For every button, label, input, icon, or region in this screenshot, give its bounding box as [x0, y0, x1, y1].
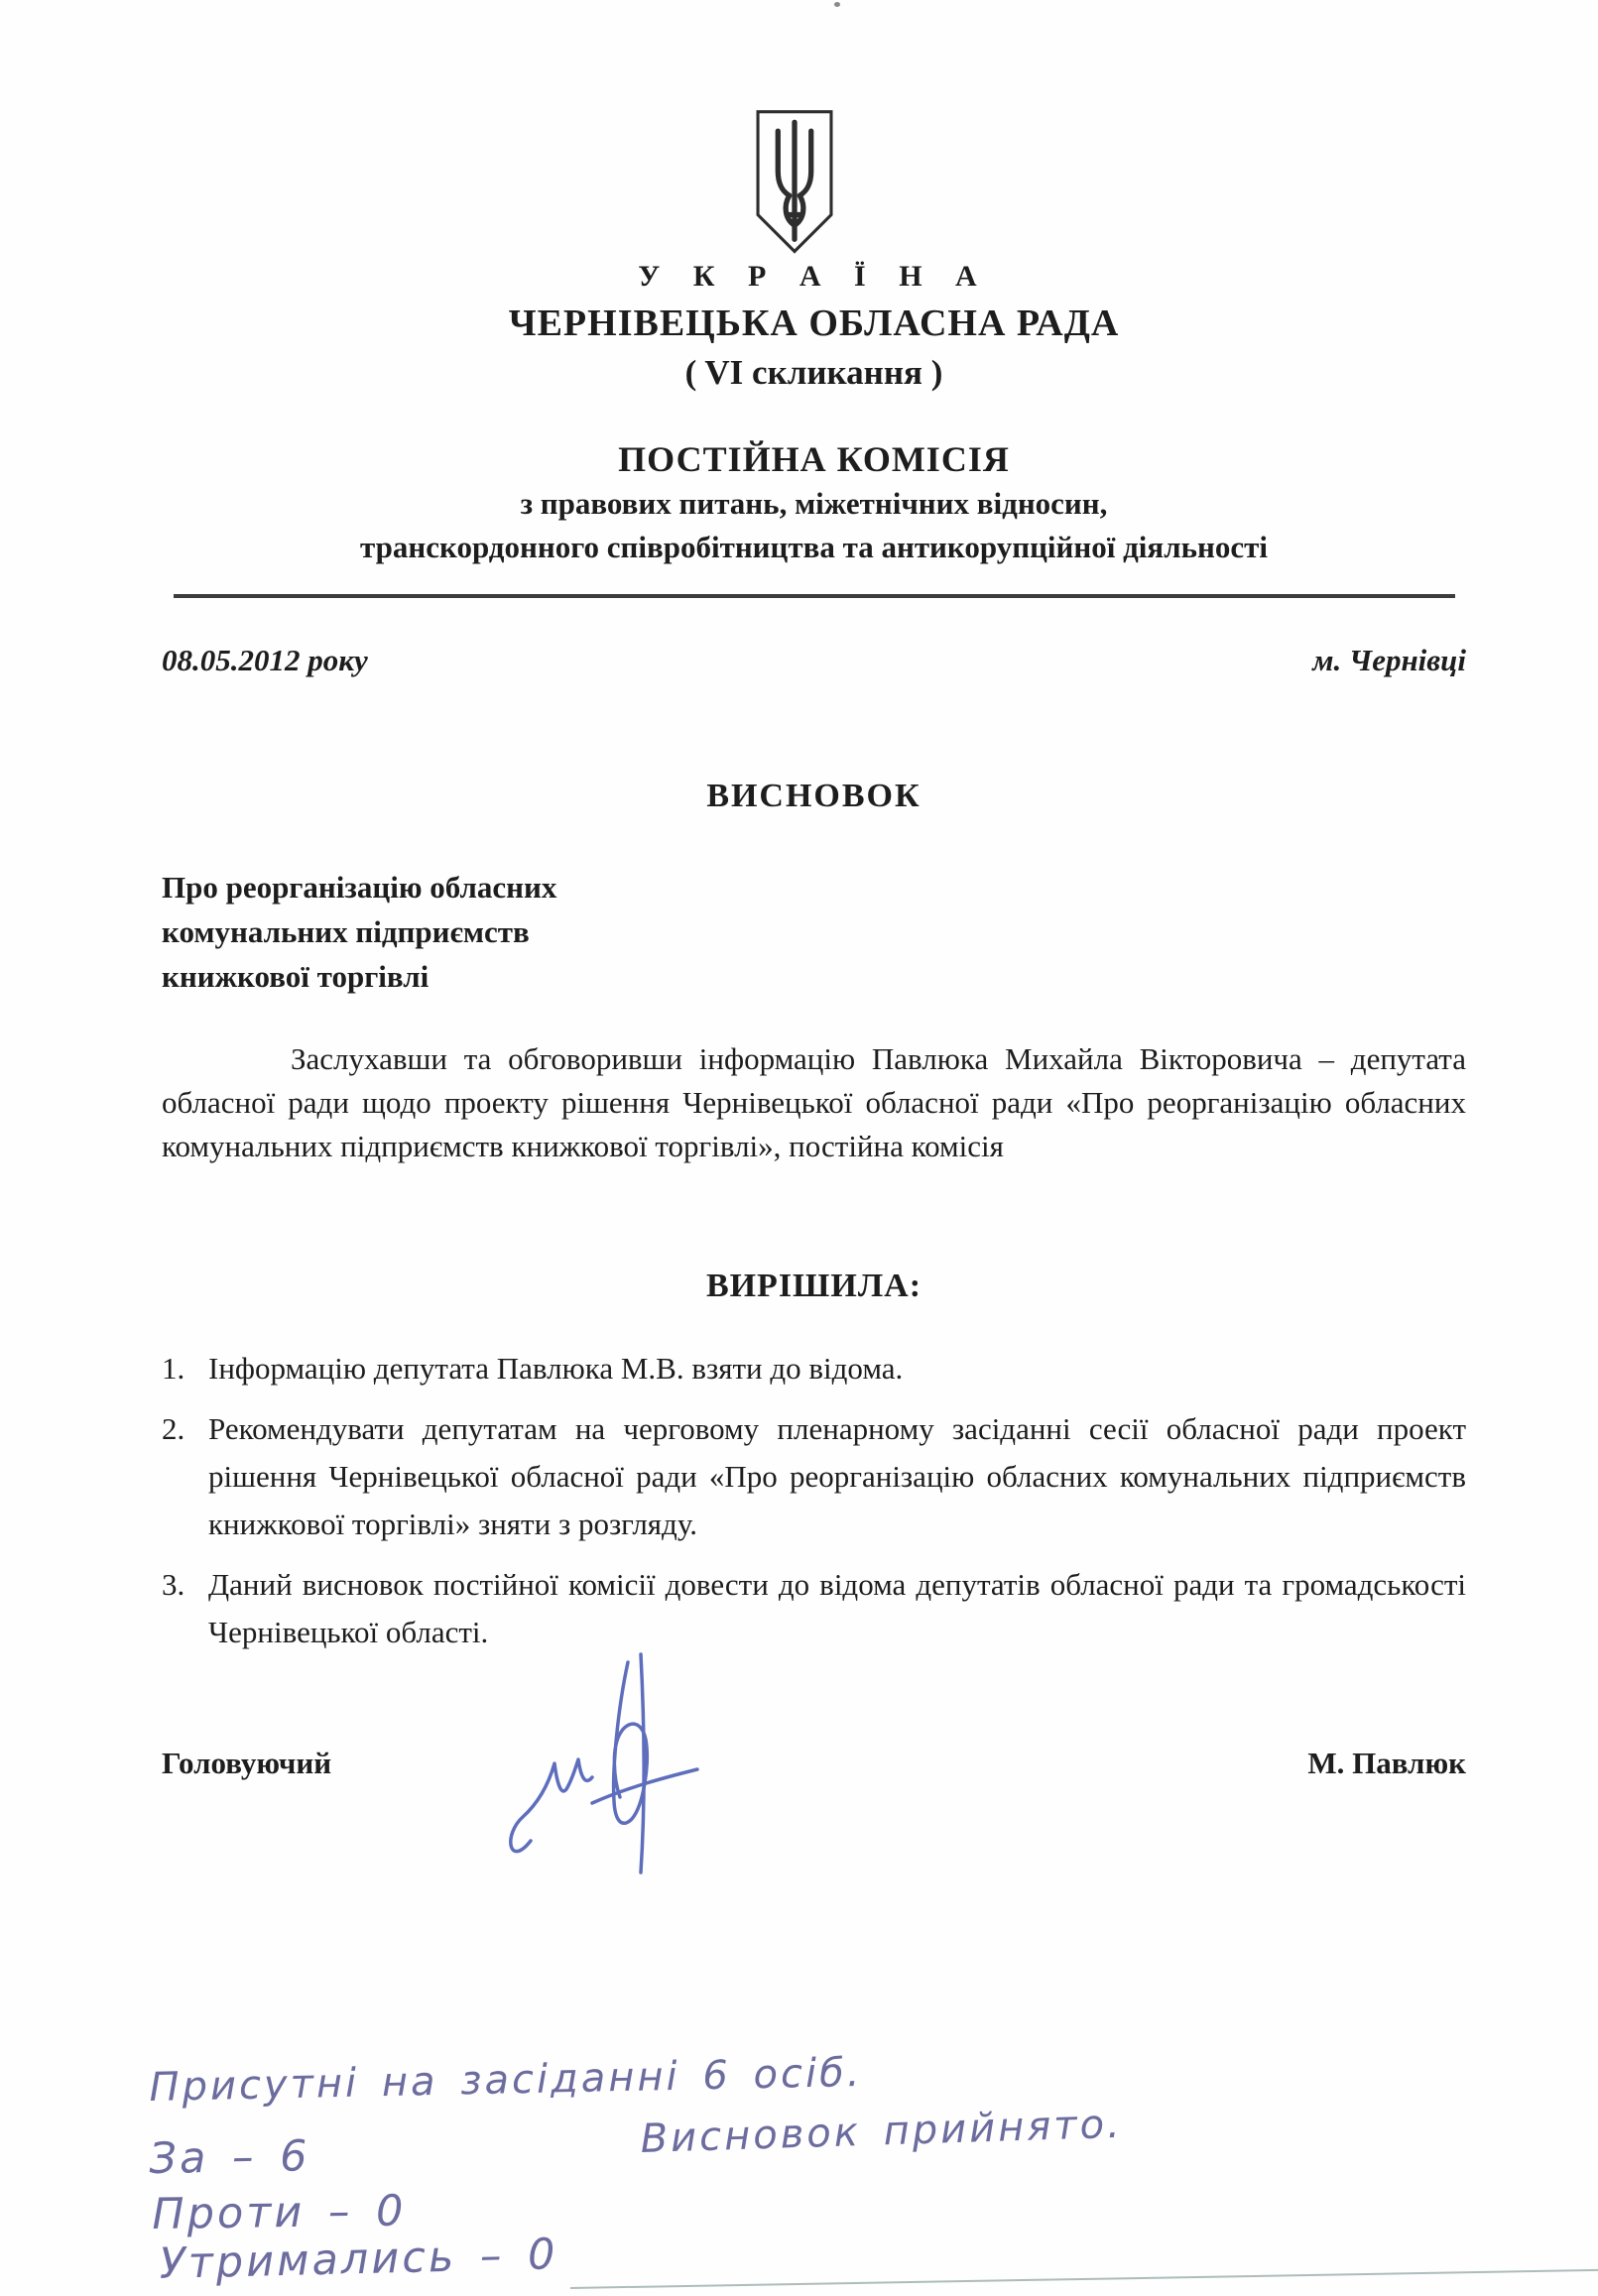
commission-description-line2: транскордонного співробітництва та антик… [162, 530, 1466, 565]
document-title: ВИСНОВОК [162, 778, 1466, 815]
resolution-item-number: 3. [162, 1561, 184, 1609]
resolution-item: 1. Інформацію депутата Павлюка М.В. взят… [162, 1345, 1466, 1392]
council-name: ЧЕРНІВЕЦЬКА ОБЛАСНА РАДА [162, 302, 1466, 345]
handwritten-vote-against: Проти – 0 [152, 2186, 407, 2239]
signature-row: Головуючий М. Павлюк [162, 1746, 1466, 1781]
document-date: 08.05.2012 року [162, 643, 368, 678]
resolution-list: 1. Інформацію депутата Павлюка М.В. взят… [162, 1345, 1466, 1669]
subject-line: комунальних підприємств [162, 909, 1466, 954]
scanned-document-page: У К Р А Ї Н А ЧЕРНІВЕЦЬКА ОБЛАСНА РАДА (… [0, 0, 1598, 2296]
handwritten-vote-abstain: Утримались – 0 [159, 2230, 558, 2289]
resolution-heading: ВИРІШИЛА: [162, 1268, 1466, 1305]
resolution-item-text: Інформацію депутата Павлюка М.В. взяти д… [208, 1351, 903, 1386]
scan-speck-artifact [834, 2, 840, 7]
country-name: У К Р А Ї Н А [162, 260, 1466, 294]
subject-line: книжкової торгівлі [162, 954, 1466, 999]
convocation-label: ( VI скликання ) [162, 353, 1466, 393]
commission-title: ПОСТІЙНА КОМІСІЯ [162, 438, 1466, 480]
signer-role: Головуючий [162, 1746, 331, 1781]
resolution-item: 2. Рекомендувати депутатам на черговому … [162, 1405, 1466, 1548]
signer-name: М. Павлюк [1307, 1746, 1466, 1781]
resolution-item-number: 1. [162, 1345, 184, 1392]
commission-description-line1: з правових питань, міжетнічних відносин, [162, 486, 1466, 522]
resolution-item: 3. Даний висновок постійної комісії дове… [162, 1561, 1466, 1656]
subject-block: Про реорганізацію обласних комунальних п… [162, 865, 1466, 999]
handwritten-attendance-note: Присутні на засіданні 6 осіб. [149, 2050, 863, 2111]
resolution-item-text: Рекомендувати депутатам на черговому пле… [208, 1411, 1466, 1541]
ukraine-trident-emblem-icon [751, 107, 838, 258]
handwritten-adopted-note: Висновок прийнято. [640, 2102, 1123, 2162]
subject-line: Про реорганізацію обласних [162, 865, 1466, 909]
document-place: м. Чернівці [1312, 643, 1466, 678]
handwritten-signature [501, 1646, 704, 1884]
preamble-paragraph: Заслухавши та обговоривши інформацію Пав… [162, 1037, 1466, 1168]
date-place-row: 08.05.2012 року м. Чернівці [162, 643, 1466, 678]
header-divider-line [174, 594, 1455, 598]
handwritten-vote-for: За – 6 [149, 2131, 310, 2184]
scan-edge-line [570, 2269, 1598, 2289]
resolution-item-number: 2. [162, 1405, 184, 1453]
resolution-item-text: Даний висновок постійної комісії довести… [208, 1567, 1466, 1649]
